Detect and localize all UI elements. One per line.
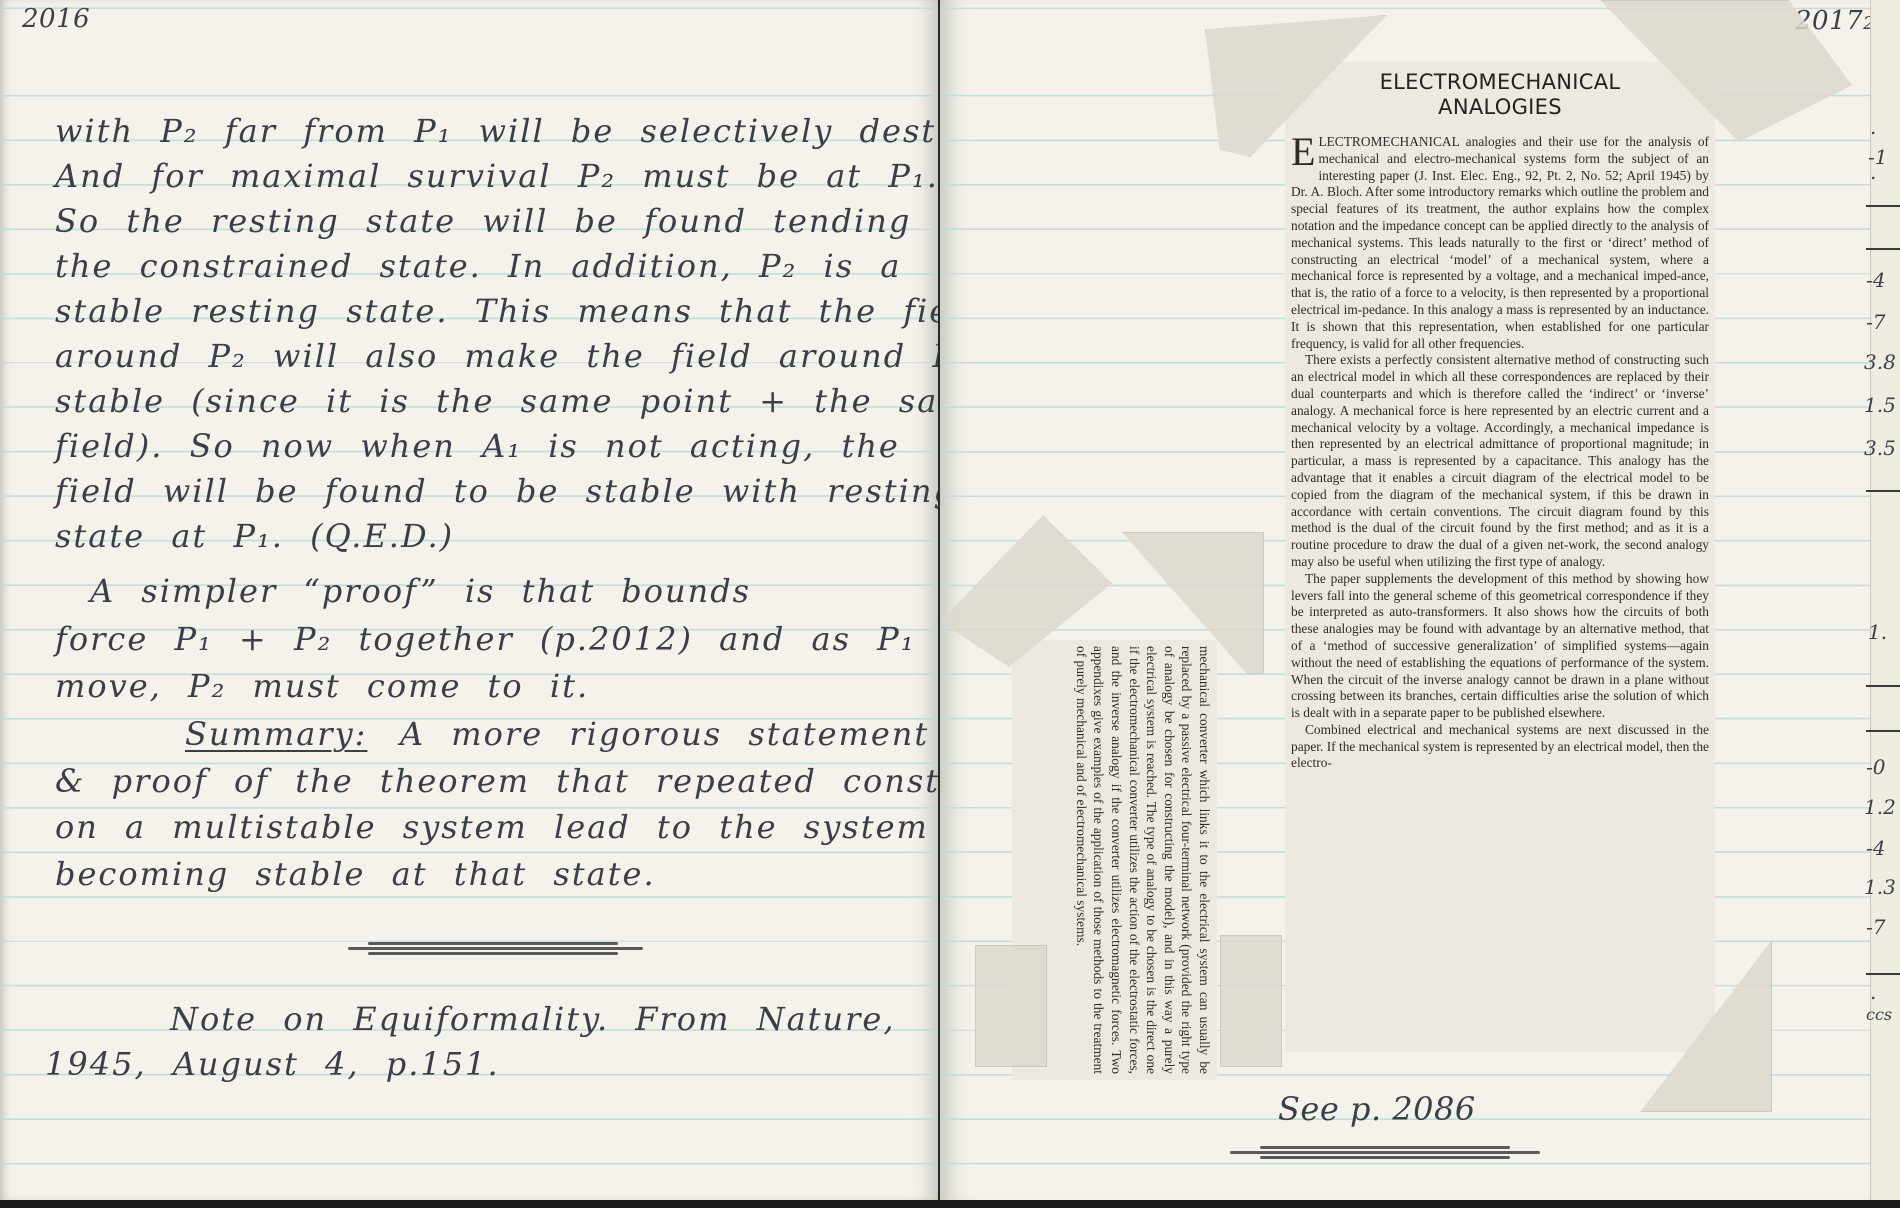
box-border	[1866, 973, 1900, 975]
handwritten-line: So the resting state will be found tendi…	[55, 202, 925, 240]
clipping-paragraph: There exists a perfectly consistent alte…	[1291, 352, 1709, 570]
clipping-body: ELECTROMECHANICAL analogies and their us…	[1291, 134, 1709, 772]
handwritten-line: A more rigorous statement	[400, 715, 929, 753]
box-border	[1866, 490, 1900, 492]
clipping-paragraph: ELECTROMECHANICAL analogies and their us…	[1291, 134, 1709, 352]
page-number-suffix: 21	[1863, 13, 1870, 34]
handwritten-line: stable resting state. This means that th…	[55, 292, 925, 330]
handwritten-line: on a multistable system lead to the syst…	[55, 808, 925, 846]
box-border	[1866, 248, 1900, 250]
clipping-paragraph: Combined electrical and mechanical syste…	[1291, 722, 1709, 772]
note-source: 1945, August 4, p.151.	[45, 1045, 915, 1083]
continuation-text: mechanical converter which links it to t…	[1068, 640, 1217, 1080]
clipping-title: ELECTROMECHANICAL ANALOGIES	[1291, 70, 1709, 120]
margin-value: 1.3	[1864, 875, 1896, 899]
margin-value: -4	[1866, 836, 1885, 860]
margin-value: -7	[1866, 915, 1885, 939]
handwritten-line: And for maximal survival P₂ must be at P…	[55, 157, 925, 195]
box-border	[1866, 730, 1900, 732]
handwritten-line: stable (since it is the same point + the…	[55, 382, 925, 420]
page-number-left: 2016	[22, 4, 90, 34]
handwritten-line: the constrained state. In addition, P₂ i…	[55, 247, 925, 285]
handwritten-line: with P₂ far from P₁ will be selectively …	[55, 112, 925, 150]
margin-value: .	[1870, 980, 1876, 1004]
handwritten-line: around P₂ will also make the field aroun…	[55, 337, 925, 375]
section-divider-lines	[1230, 1146, 1540, 1160]
margin-value: ccs	[1866, 1005, 1892, 1024]
clipping-title-line-1: ELECTROMECHANICAL	[1291, 70, 1709, 95]
margin-value: .	[1870, 160, 1876, 184]
box-border	[1866, 685, 1900, 687]
left-notebook-page: 2016 with P₂ far from P₁ will be selecti…	[0, 0, 940, 1200]
handwritten-line: field will be found to be stable with re…	[55, 472, 925, 510]
handwritten-line: & proof of the theorem that repeated con…	[55, 762, 925, 800]
handwritten-line: becoming stable at that state.	[55, 855, 925, 893]
clipping-title-line-2: ANALOGIES	[1291, 95, 1709, 120]
margin-value: -4	[1866, 268, 1885, 292]
tape-bottom-middle	[1220, 935, 1282, 1067]
margin-value: 3.5	[1864, 436, 1896, 460]
margin-value: -7	[1866, 310, 1885, 334]
margin-value: 1.	[1868, 620, 1887, 644]
box-border	[1866, 205, 1900, 207]
drop-cap: E	[1291, 136, 1315, 168]
section-divider-lines	[348, 942, 643, 956]
margin-value: .	[1870, 115, 1876, 139]
margin-value: 1.2	[1864, 795, 1896, 819]
note-title: Note on Equiformality. From Nature,	[170, 1000, 940, 1038]
handwritten-line: state at P₁. (Q.E.D.)	[55, 517, 925, 555]
newspaper-clipping: ELECTROMECHANICAL ANALOGIES ELECTROMECHA…	[1285, 62, 1715, 1052]
handwritten-line: move, P₂ must come to it.	[55, 667, 925, 705]
summary-label: Summary:	[185, 715, 367, 753]
margin-value: 3.8	[1864, 350, 1896, 374]
paragraph-text: LECTROMECHANICAL analogies and their use…	[1291, 134, 1709, 351]
clipping-paragraph: The paper supplements the development of…	[1291, 571, 1709, 722]
handwritten-line: force P₁ + P₂ together (p.2012) and as P…	[55, 620, 925, 658]
tape-bottom-left	[975, 945, 1047, 1067]
margin-value: 1.5	[1864, 393, 1896, 417]
handwritten-line: field). So now when A₁ is not acting, th…	[55, 427, 925, 465]
cross-reference-note: See p. 2086	[1278, 1090, 1476, 1128]
handwritten-line: A simpler “proof” is that bounds	[90, 572, 940, 610]
margin-value: -0	[1866, 755, 1885, 779]
